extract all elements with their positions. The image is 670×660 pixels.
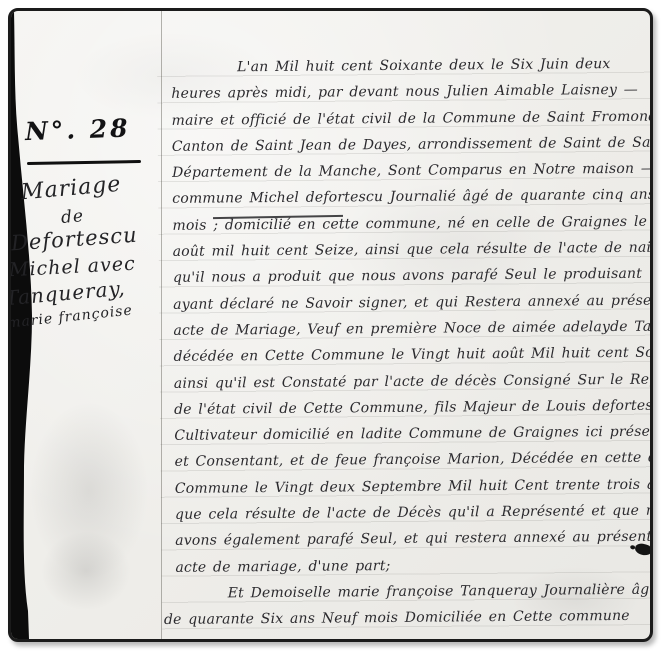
register-page: N°. 28 Mariage de Defortescu Michel avec… <box>8 8 653 642</box>
manuscript-line: de l'état civil de Cette Commune, fils M… <box>174 393 653 424</box>
act-body: L'an Mil huit cent Soixante deux le Six … <box>157 51 653 634</box>
margin-annotation: Defortescu <box>10 223 138 256</box>
manuscript-line: heures après midi, par devant nous Julie… <box>171 77 653 108</box>
manuscript-line: que cela résulte de l'acte de Décès qu'i… <box>175 498 653 529</box>
manuscript-line: acte de mariage, d'une part; <box>175 550 653 581</box>
manuscript-line: Et Demoiselle marie françoise Tanqueray … <box>176 577 653 608</box>
manuscript-line: acte de Mariage, Veuf en première Noce d… <box>173 314 653 345</box>
manuscript-line: maire et officié de l'état civil de la C… <box>171 103 653 134</box>
act-number: N°. 28 <box>25 113 148 146</box>
scanned-register-image: N°. 28 Mariage de Defortescu Michel avec… <box>0 0 670 660</box>
manuscript-line: Département de la Manche, Sont Comparus … <box>172 156 653 187</box>
manuscript-line: ainsi qu'il est Constaté par l'acte de d… <box>174 366 653 397</box>
manuscript-line: Cultivateur domicilié en ladite Commune … <box>174 419 653 450</box>
margin-column: N°. 28 Mariage de Defortescu Michel avec… <box>11 11 161 639</box>
manuscript-line: de quarante Six ans Neuf mois Domiciliée… <box>164 603 653 634</box>
manuscript-line: mois ; domicilié en cette commune, né en… <box>172 208 653 239</box>
margin-annotation: Mariage <box>20 172 122 206</box>
margin-annotation: de <box>60 206 85 228</box>
manuscript-line: et Consentant, et de feue françoise Mari… <box>174 445 653 476</box>
manuscript-line: décédée en Cette Commune le Vingt huit a… <box>174 340 653 371</box>
manuscript-line: ayant déclaré ne Savoir signer, et qui R… <box>173 287 653 318</box>
manuscript-line: qu'il nous a produit que nous avons para… <box>173 261 653 292</box>
manuscript-line: avons également parafé Seul, et qui rest… <box>175 524 653 555</box>
manuscript-line: commune Michel defortescu Journalié âgé … <box>172 182 653 213</box>
manuscript-line: août mil huit cent Seize, ainsi que cela… <box>173 235 653 266</box>
act-number-underline <box>27 160 141 165</box>
manuscript-line: Commune le Vingt deux Septembre Mil huit… <box>175 471 653 502</box>
